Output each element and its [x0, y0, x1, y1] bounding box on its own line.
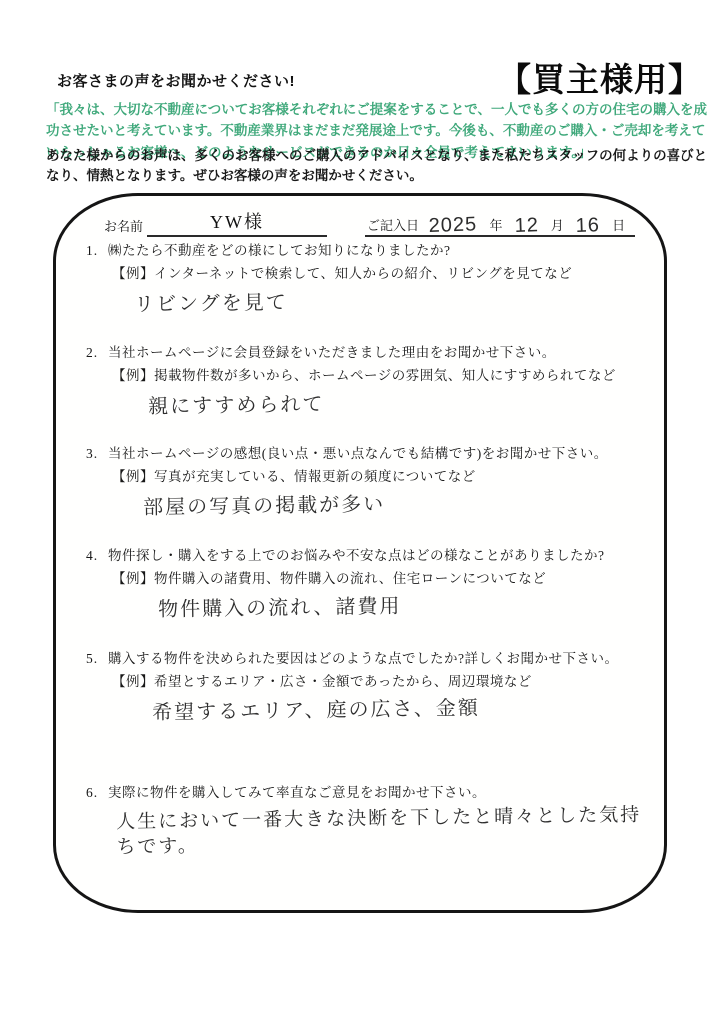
name-label: お名前: [104, 216, 147, 237]
name-value: YW様: [147, 208, 327, 237]
name-date-row: お名前 YW様 ご記入日 2025 年 12 月 16 日: [104, 208, 638, 237]
intro-text: あなた様からのお声は、多くのお客様へのご購入のアドバイスとなり、また私たちスタッ…: [46, 146, 714, 187]
question-line: 6. 実際に物件を購入してみて率直なご意見をお聞かせ下さい。: [86, 784, 646, 802]
example-text: 【例】写真が充実している、情報更新の頻度についてなど: [112, 468, 646, 486]
question-number: 1.: [86, 242, 108, 260]
question-text: 当社ホームページの感想(良い点・悪い点なんでも結構です)をお聞かせ下さい。: [108, 445, 608, 463]
question-line: 2. 当社ホームページに会員登録をいただきました理由をお聞かせ下さい。: [86, 344, 646, 362]
question-line: 1. ㈱たたら不動産をどの様にしてお知りになりましたか?: [86, 242, 646, 260]
question-item-4: 4. 物件探し・購入をする上でのお悩みや不安な点はどの様なことがありましたか? …: [86, 547, 646, 623]
month-unit: 月: [547, 215, 568, 234]
handwritten-answer: リビングを見て: [134, 285, 646, 318]
question-line: 4. 物件探し・購入をする上でのお悩みや不安な点はどの様なことがありましたか?: [86, 547, 646, 565]
question-item-3: 3. 当社ホームページの感想(良い点・悪い点なんでも結構です)をお聞かせ下さい。…: [86, 445, 646, 521]
question-item-2: 2. 当社ホームページに会員登録をいただきました理由をお聞かせ下さい。 【例】掲…: [86, 344, 646, 420]
handwritten-month: 12: [514, 215, 539, 236]
example-text: 【例】掲載物件数が多いから、ホームページの雰囲気、知人にすすめられてなど: [112, 367, 646, 385]
question-number: 2.: [86, 344, 108, 362]
handwritten-answer: 物件購入の流れ、諸費用: [158, 591, 646, 624]
example-text: 【例】希望とするエリア・広さ・金額であったから、周辺環境など: [112, 673, 646, 691]
question-text: ㈱たたら不動産をどの様にしてお知りになりましたか?: [108, 242, 451, 260]
question-text: 物件探し・購入をする上でのお悩みや不安な点はどの様なことがありましたか?: [108, 547, 605, 565]
question-text: 購入する物件を決められた要因はどのような点でしたか?詳しくお聞かせ下さい。: [108, 650, 619, 668]
question-text: 当社ホームページに会員登録をいただきました理由をお聞かせ下さい。: [108, 344, 556, 362]
question-text: 実際に物件を購入してみて率直なご意見をお聞かせ下さい。: [108, 784, 486, 802]
date-group: ご記入日 2025 年 12 月 16 日: [365, 215, 635, 237]
handwritten-year: 2025: [428, 214, 477, 236]
question-item-5: 5. 購入する物件を決められた要因はどのような点でしたか?詳しくお聞かせ下さい。…: [86, 650, 646, 726]
handwritten-day: 16: [575, 215, 600, 236]
question-number: 5.: [86, 650, 108, 668]
handwritten-answer: 部屋の写真の掲載が多い: [143, 488, 646, 521]
buyer-badge: 【買主様用】: [498, 54, 702, 101]
day-unit: 日: [608, 215, 629, 234]
handwritten-answer: 希望するエリア、庭の広さ、金額: [152, 694, 646, 727]
year-unit: 年: [486, 215, 507, 234]
handwritten-answer: 親にすすめられて: [148, 387, 646, 420]
date-label: ご記入日: [367, 215, 419, 234]
example-text: 【例】インターネットで検索して、知人からの紹介、リビングを見てなど: [112, 265, 646, 283]
page-title: お客さまの声をお聞かせください!: [57, 70, 295, 91]
question-number: 6.: [86, 784, 108, 802]
handwritten-answer: 人生において一番大きな決断を下したと晴々とした気持ちです。: [116, 804, 647, 861]
question-line: 5. 購入する物件を決められた要因はどのような点でしたか?詳しくお聞かせ下さい。: [86, 650, 646, 668]
question-line: 3. 当社ホームページの感想(良い点・悪い点なんでも結構です)をお聞かせ下さい。: [86, 445, 646, 463]
questionnaire-card: お名前 YW様 ご記入日 2025 年 12 月 16 日 1. ㈱たたら不動産…: [53, 193, 667, 913]
question-number: 3.: [86, 445, 108, 463]
question-item-1: 1. ㈱たたら不動産をどの様にしてお知りになりましたか? 【例】インターネットで…: [86, 242, 646, 318]
question-number: 4.: [86, 547, 108, 565]
question-item-6: 6. 実際に物件を購入してみて率直なご意見をお聞かせ下さい。 人生において一番大…: [86, 784, 646, 861]
example-text: 【例】物件購入の諸費用、物件購入の流れ、住宅ローンについてなど: [112, 570, 646, 588]
